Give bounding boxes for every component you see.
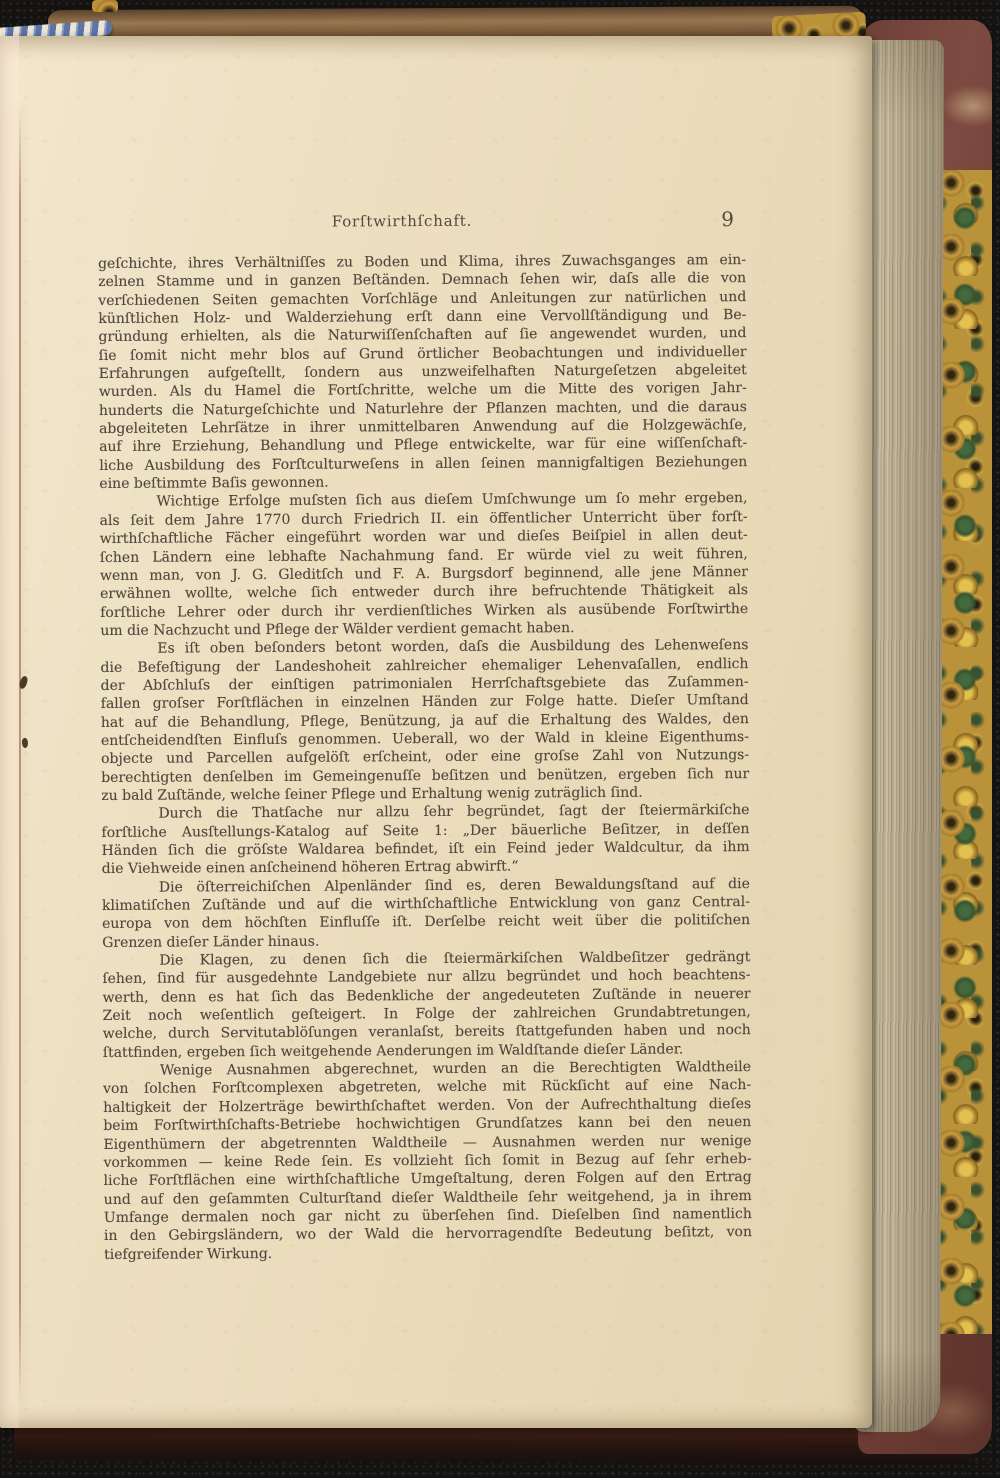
paragraph: Die öſterreichiſchen Alpenländer ſind es… bbox=[102, 875, 750, 952]
paragraph: Wenige Ausnahmen abgerechnet, wurden an … bbox=[103, 1058, 752, 1264]
book-scan: Forſtwirthſchaft. 9 geſchichte, ihres Ve… bbox=[0, 0, 1000, 1478]
marbled-top-left-fragment bbox=[92, 0, 118, 12]
page-text: geſchichte, ihres Verhältniſſes zu Boden… bbox=[98, 251, 752, 1264]
running-title: Forſtwirthſchaft. bbox=[98, 210, 706, 232]
paragraph: Die Klagen, zu denen ſich die ſteiermärk… bbox=[102, 948, 751, 1062]
paragraph: Wichtige Erfolge muſsten ſich aus dieſem… bbox=[99, 490, 748, 641]
gutter-strip bbox=[0, 36, 19, 1428]
paragraph: Durch die Thatſache nur allzu ſehr begrü… bbox=[101, 801, 749, 878]
paragraph: Es iſt oben beſonders betont worden, daſ… bbox=[100, 636, 749, 805]
book-top-edge bbox=[48, 6, 862, 40]
book-page: Forſtwirthſchaft. 9 geſchichte, ihres Ve… bbox=[0, 36, 872, 1428]
page-number: 9 bbox=[721, 207, 734, 231]
paragraph: geſchichte, ihres Verhältniſſes zu Boden… bbox=[98, 251, 747, 493]
page-header: Forſtwirthſchaft. 9 bbox=[98, 210, 746, 240]
text-line: tiefgreifender Wirkung. bbox=[104, 1242, 752, 1264]
gutter-crease bbox=[19, 106, 21, 1406]
sewing-mark bbox=[21, 738, 28, 749]
